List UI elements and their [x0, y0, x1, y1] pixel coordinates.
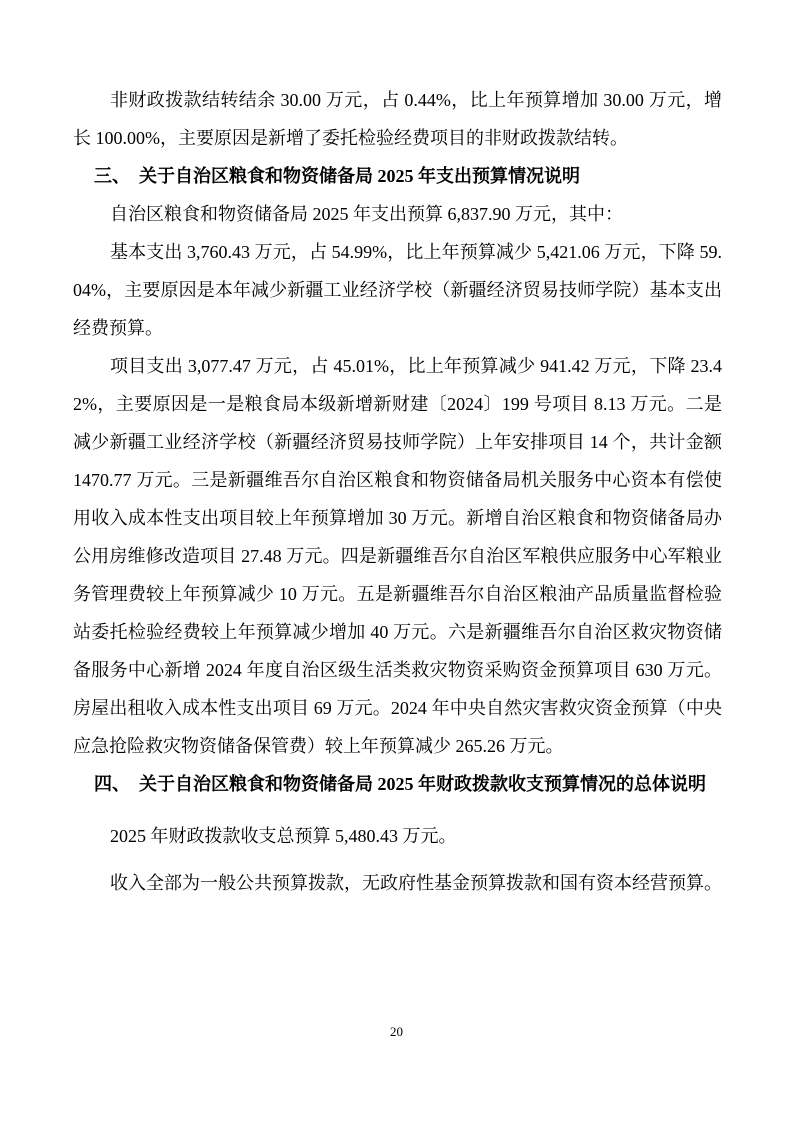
- document-body: 非财政拨款结转结余 30.00 万元，占 0.44%，比上年预算增加 30.00…: [73, 81, 722, 902]
- paragraph-expenditure-total: 自治区粮食和物资储备局 2025 年支出预算 6,837.90 万元，其中：: [73, 195, 722, 233]
- paragraph-basic-expenditure: 基本支出 3,760.43 万元，占 54.99%，比上年预算减少 5,421.…: [73, 233, 722, 347]
- paragraph-nonfiscal-carryover: 非财政拨款结转结余 30.00 万元，占 0.44%，比上年预算增加 30.00…: [73, 81, 722, 157]
- paragraph-fiscal-appropriation-total: 2025 年财政拨款收支总预算 5,480.43 万元。: [73, 817, 722, 855]
- section-3-heading: 三、 关于自治区粮食和物资储备局 2025 年支出预算情况说明: [73, 157, 722, 195]
- section-4-heading: 四、 关于自治区粮食和物资储备局 2025 年财政拨款收支预算情况的总体说明: [73, 765, 722, 803]
- document-page: 非财政拨款结转结余 30.00 万元，占 0.44%，比上年预算增加 30.00…: [0, 0, 793, 1122]
- paragraph-project-expenditure: 项目支出 3,077.47 万元，占 45.01%，比上年预算减少 941.42…: [73, 347, 722, 765]
- page-number: 20: [0, 1024, 793, 1040]
- paragraph-income-source: 收入全部为一般公共预算拨款，无政府性基金预算拨款和国有资本经营预算。: [73, 864, 722, 902]
